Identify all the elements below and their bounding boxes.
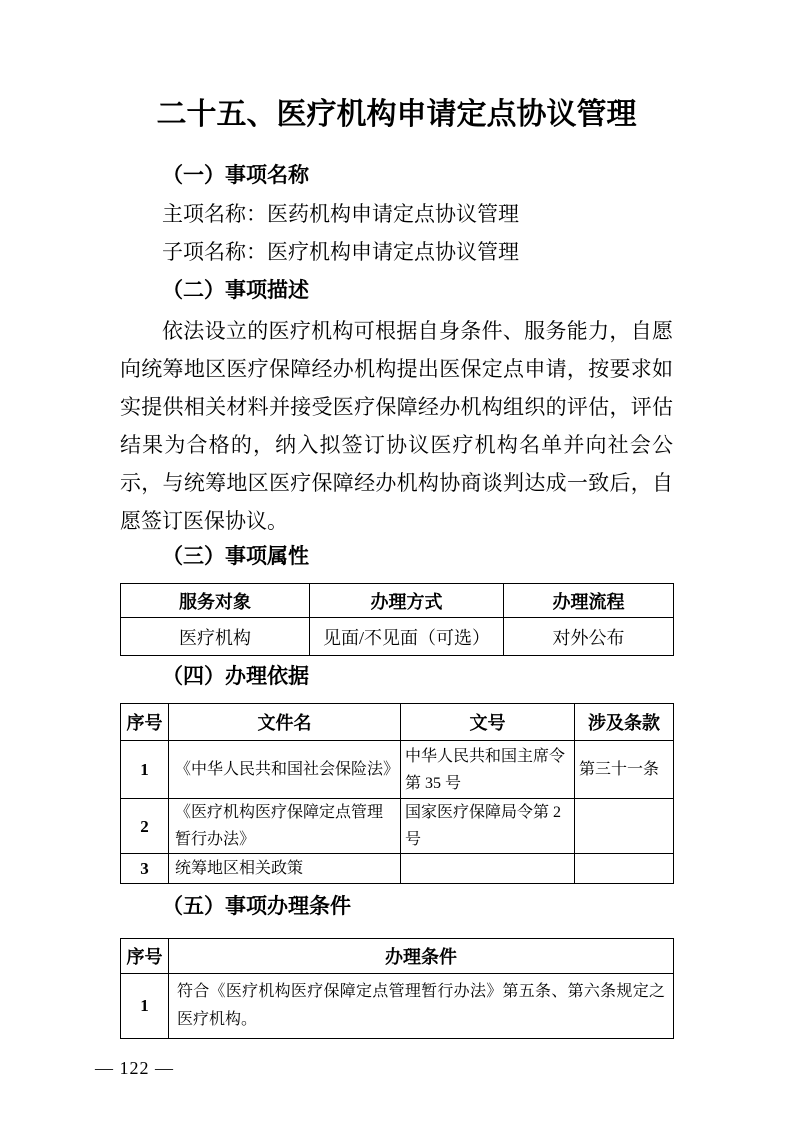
cell-doc-number: 中华人民共和国主席令第 35 号 — [401, 741, 575, 799]
table-row: 1 《中华人民共和国社会保险法》 中华人民共和国主席令第 35 号 第三十一条 — [121, 741, 674, 799]
table-header-row: 序号 文件名 文号 涉及条款 — [121, 704, 674, 741]
cell-filename: 《医疗机构医疗保障定点管理暂行办法》 — [169, 799, 401, 854]
col-header-handling-process: 办理流程 — [504, 584, 674, 618]
col-header-clauses: 涉及条款 — [575, 704, 674, 741]
col-header-index: 序号 — [121, 939, 169, 974]
section-5-heading: （五）事项办理条件 — [162, 891, 351, 921]
col-header-condition: 办理条件 — [169, 939, 674, 974]
cell-doc-number — [401, 854, 575, 884]
table-row: 1 符合《医疗机构医疗保障定点管理暂行办法》第五条、第六条规定之医疗机构。 — [121, 974, 674, 1039]
cell-service-object: 医疗机构 — [121, 618, 310, 656]
table-header-row: 序号 办理条件 — [121, 939, 674, 974]
col-header-index: 序号 — [121, 704, 169, 741]
cell-filename: 统筹地区相关政策 — [169, 854, 401, 884]
main-item-name: 主项名称：医药机构申请定点协议管理 — [162, 199, 519, 229]
table-row: 3 统筹地区相关政策 — [121, 854, 674, 884]
cell-index: 1 — [121, 974, 169, 1039]
page-title: 二十五、医疗机构申请定点协议管理 — [0, 89, 793, 133]
cell-clauses: 第三十一条 — [575, 741, 674, 799]
col-header-filename: 文件名 — [169, 704, 401, 741]
col-header-service-object: 服务对象 — [121, 584, 310, 618]
section-4-heading: （四）办理依据 — [162, 661, 309, 691]
cell-handling-method: 见面/不见面（可选） — [310, 618, 504, 656]
document-page: 二十五、医疗机构申请定点协议管理 （一）事项名称 主项名称：医药机构申请定点协议… — [0, 0, 793, 1122]
sub-item-name: 子项名称：医疗机构申请定点协议管理 — [162, 237, 519, 267]
cell-clauses — [575, 799, 674, 854]
col-header-handling-method: 办理方式 — [310, 584, 504, 618]
cell-index: 1 — [121, 741, 169, 799]
cell-index: 2 — [121, 799, 169, 854]
cell-doc-number: 国家医疗保障局令第 2 号 — [401, 799, 575, 854]
table-header-row: 服务对象 办理方式 办理流程 — [121, 584, 674, 618]
section-3-heading: （三）事项属性 — [162, 541, 309, 571]
table-row: 2 《医疗机构医疗保障定点管理暂行办法》 国家医疗保障局令第 2 号 — [121, 799, 674, 854]
section-2-heading: （二）事项描述 — [162, 275, 309, 305]
page-number: — 122 — — [95, 1058, 174, 1079]
cell-clauses — [575, 854, 674, 884]
cell-index: 3 — [121, 854, 169, 884]
item-description-paragraph: 依法设立的医疗机构可根据自身条件、服务能力，自愿向统筹地区医疗保障经办机构提出医… — [120, 312, 673, 540]
cell-condition: 符合《医疗机构医疗保障定点管理暂行办法》第五条、第六条规定之医疗机构。 — [169, 974, 674, 1039]
cell-handling-process: 对外公布 — [504, 618, 674, 656]
basis-table: 序号 文件名 文号 涉及条款 1 《中华人民共和国社会保险法》 中华人民共和国主… — [120, 703, 674, 884]
cell-filename: 《中华人民共和国社会保险法》 — [169, 741, 401, 799]
condition-table: 序号 办理条件 1 符合《医疗机构医疗保障定点管理暂行办法》第五条、第六条规定之… — [120, 938, 674, 1039]
table-row: 医疗机构 见面/不见面（可选） 对外公布 — [121, 618, 674, 656]
section-1-heading: （一）事项名称 — [162, 160, 309, 190]
attribute-table: 服务对象 办理方式 办理流程 医疗机构 见面/不见面（可选） 对外公布 — [120, 583, 674, 656]
col-header-doc-number: 文号 — [401, 704, 575, 741]
